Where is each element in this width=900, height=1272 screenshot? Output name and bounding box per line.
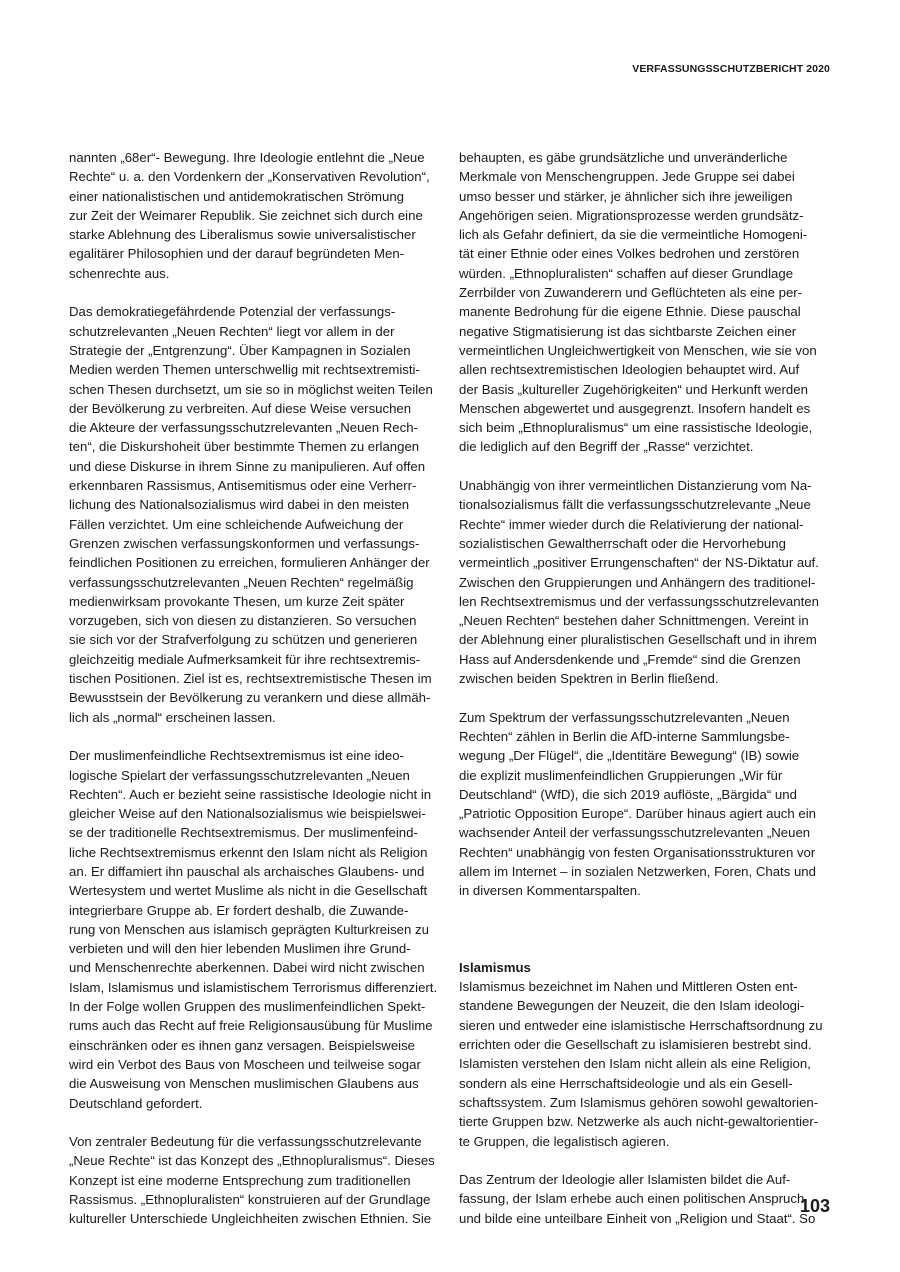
text-line: schenrechte aus. (69, 264, 454, 283)
text-line: Fällen verzichtet. Um eine schleichende … (69, 515, 454, 534)
text-line: allem im Internet – in sozialen Netzwerk… (459, 862, 844, 881)
text-line: Der muslimenfeindliche Rechtsextremismus… (69, 746, 454, 765)
text-line: wegung „Der Flügel“, die „Identitäre Bew… (459, 746, 844, 765)
body-paragraph: Zum Spektrum der verfassungsschutzreleva… (459, 708, 844, 901)
text-line: Wertesystem und wertet Muslime als nicht… (69, 881, 454, 900)
text-line: liche Rechtsextremismus erkennt den Isla… (69, 843, 454, 862)
text-line: egalitärer Philosophien und der darauf b… (69, 244, 454, 263)
text-line: kultureller Unterschiede Ungleichheiten … (69, 1209, 454, 1228)
text-line: Hass auf Andersdenkende und „Fremde“ sin… (459, 650, 844, 669)
text-line: und bilde eine unteilbare Einheit von „R… (459, 1209, 844, 1228)
text-line: tierte Gruppen bzw. Netzwerke als auch n… (459, 1112, 844, 1131)
text-line: die explizit muslimenfeindlichen Gruppie… (459, 766, 844, 785)
text-line: behaupten, es gäbe grundsätzliche und un… (459, 148, 844, 167)
text-line: Merkmale von Menschengruppen. Jede Grupp… (459, 167, 844, 186)
text-line: zwischen beiden Spektren in Berlin fließ… (459, 669, 844, 688)
text-line: sieren und entweder eine islamistische H… (459, 1016, 844, 1035)
text-line: Medien werden Themen unterschwellig mit … (69, 360, 454, 379)
text-line: errichten oder die Gesellschaft zu islam… (459, 1035, 844, 1054)
text-line: sich beim „Ethnopluralismus“ um eine ras… (459, 418, 844, 437)
text-line: die Ausweisung von Menschen muslimischen… (69, 1074, 454, 1093)
text-line: Zerrbilder von Zuwanderern und Geflüchte… (459, 283, 844, 302)
text-line: Strategie der „Entgrenzung“. Über Kampag… (69, 341, 454, 360)
text-line: lich als „normal“ erscheinen lassen. (69, 708, 454, 727)
text-line: schen Thesen durchsetzt, um sie so in mö… (69, 380, 454, 399)
text-line: manente Bedrohung für die eigene Ethnie.… (459, 302, 844, 321)
text-line: rung von Menschen aus islamisch geprägte… (69, 920, 454, 939)
text-line: sozialistischen Gewaltherrschaft oder di… (459, 534, 844, 553)
text-line: sondern als eine Herrschaftsideologie un… (459, 1074, 844, 1093)
text-line: verfassungsschutzrelevanten „Neuen Recht… (69, 573, 454, 592)
text-line: Zum Spektrum der verfassungsschutzreleva… (459, 708, 844, 727)
text-line: sie sich vor der Strafverfolgung zu schü… (69, 630, 454, 649)
section-islamismus: IslamismusIslamismus bezeichnet im Nahen… (459, 958, 844, 1228)
text-line: wird ein Verbot des Baus von Moscheen un… (69, 1055, 454, 1074)
text-line: Rechte“ immer wieder durch die Relativie… (459, 515, 844, 534)
section-heading: Islamismus (459, 958, 844, 977)
text-line: logische Spielart der verfassungsschutzr… (69, 766, 454, 785)
body-paragraph: Islamismus bezeichnet im Nahen und Mittl… (459, 977, 844, 1151)
text-line: rums auch das Recht auf freie Religionsa… (69, 1016, 454, 1035)
text-line: fassung, der Islam erhebe auch einen pol… (459, 1189, 844, 1208)
body-paragraph: Der muslimenfeindliche Rechtsextremismus… (69, 746, 454, 1113)
text-line: len Rechtsextremismus und der verfassung… (459, 592, 844, 611)
text-line: einschränken oder es ihnen ganz versagen… (69, 1036, 454, 1055)
text-line: tionalsozialismus fällt die verfassungss… (459, 495, 844, 514)
text-line: gleicher Weise auf den Nationalsozialism… (69, 804, 454, 823)
body-paragraph: Das demokratiegefährdende Potenzial der … (69, 302, 454, 727)
text-line: „Patriotic Opposition Europe“. Darüber h… (459, 804, 844, 823)
text-line: lich als Gefahr definiert, da sie die ve… (459, 225, 844, 244)
text-line: Menschen abgewertet und ausgegrenzt. Ins… (459, 399, 844, 418)
text-line: verbieten und will den hier lebenden Mus… (69, 939, 454, 958)
running-header: VERFASSUNGSSCHUTZBERICHT 2020 (632, 63, 830, 75)
text-line: feindlichen Positionen zu erreichen, for… (69, 553, 454, 572)
text-line: schutzrelevanten „Neuen Rechten“ liegt v… (69, 322, 454, 341)
text-line: Angehörigen seien. Migrationsprozesse we… (459, 206, 844, 225)
text-line: Deutschland“ (WfD), die sich 2019 auflös… (459, 785, 844, 804)
text-line: der Ablehnung einer pluralistischen Gese… (459, 630, 844, 649)
text-line: tät einer Ethnie oder eines Volkes bedro… (459, 244, 844, 263)
text-line: Unabhängig von ihrer vermeintlichen Dist… (459, 476, 844, 495)
text-line: Zwischen den Gruppierungen und Anhängern… (459, 573, 844, 592)
text-line: Islamisten verstehen den Islam nicht all… (459, 1054, 844, 1073)
text-line: und diese Diskurse in ihrem Sinne zu man… (69, 457, 454, 476)
text-line: die lediglich auf den Begriff der „Rasse… (459, 437, 844, 456)
text-line: Das Zentrum der Ideologie aller Islamist… (459, 1170, 844, 1189)
text-line: Deutschland gefordert. (69, 1094, 454, 1113)
text-line: einer nationalistischen und antidemokrat… (69, 187, 454, 206)
body-paragraph: nannten „68er“- Bewegung. Ihre Ideologie… (69, 148, 454, 283)
text-line: Rechten“. Auch er bezieht seine rassisti… (69, 785, 454, 804)
body-paragraph: Unabhängig von ihrer vermeintlichen Dist… (459, 476, 844, 688)
text-line: an. Er diffamiert ihn pauschal als archa… (69, 862, 454, 881)
text-line: der Basis „kultureller Zugehörigkeiten“ … (459, 380, 844, 399)
left-column: nannten „68er“- Bewegung. Ihre Ideologie… (69, 148, 454, 1248)
text-line: medienwirksam provokante Thesen, um kurz… (69, 592, 454, 611)
body-paragraph: Von zentraler Bedeutung für die verfassu… (69, 1132, 454, 1228)
text-line: wachsender Anteil der verfassungsschutzr… (459, 823, 844, 842)
text-line: erkennbaren Rassismus, Antisemitismus od… (69, 476, 454, 495)
text-line: und Menschenrechte aberkennen. Dabei wir… (69, 958, 454, 977)
text-line: tischen Positionen. Ziel ist es, rechtse… (69, 669, 454, 688)
body-paragraph: Das Zentrum der Ideologie aller Islamist… (459, 1170, 844, 1228)
text-line: die Akteure der verfassungsschutzrelevan… (69, 418, 454, 437)
text-line: Rechten“ zählen in Berlin die AfD-intern… (459, 727, 844, 746)
body-paragraph: behaupten, es gäbe grundsätzliche und un… (459, 148, 844, 457)
text-line: ten“, die Diskurshoheit über bestimmte T… (69, 437, 454, 456)
text-line: vermeintlich „positiver Errungenschaften… (459, 553, 844, 572)
text-line: lichung des Nationalsozialismus wird dab… (69, 495, 454, 514)
text-line: Das demokratiegefährdende Potenzial der … (69, 302, 454, 321)
text-line: starke Ablehnung des Liberalismus sowie … (69, 225, 454, 244)
right-column: behaupten, es gäbe grundsätzliche und un… (459, 148, 844, 1247)
text-line: te Gruppen, die legalistisch agieren. (459, 1132, 844, 1151)
text-line: In der Folge wollen Gruppen des muslimen… (69, 997, 454, 1016)
text-line: in diversen Kommentarspalten. (459, 881, 844, 900)
text-line: Konzept ist eine moderne Entsprechung zu… (69, 1171, 454, 1190)
text-line: standene Bewegungen der Neuzeit, die den… (459, 996, 844, 1015)
text-line: Islam, Islamismus und islamistischem Ter… (69, 978, 454, 997)
text-line: Rechte“ u. a. den Vordenkern der „Konser… (69, 167, 454, 186)
text-line: zur Zeit der Weimarer Republik. Sie zeic… (69, 206, 454, 225)
text-line: Grenzen zwischen verfassungskonformen un… (69, 534, 454, 553)
text-line: der Bevölkerung zu verbreiten. Auf diese… (69, 399, 454, 418)
text-line: schaftssystem. Zum Islamismus gehören so… (459, 1093, 844, 1112)
text-line: „Neuen Rechten“ bestehen daher Schnittme… (459, 611, 844, 630)
text-line: „Neue Rechte“ ist das Konzept des „Ethno… (69, 1151, 454, 1170)
text-line: Islamismus bezeichnet im Nahen und Mittl… (459, 977, 844, 996)
text-line: umso besser und stärker, je ähnlicher si… (459, 187, 844, 206)
text-line: würden. „Ethnopluralisten“ schaffen auf … (459, 264, 844, 283)
text-line: Rassismus. „Ethnopluralisten“ konstruier… (69, 1190, 454, 1209)
page-number: 103 (800, 1196, 830, 1217)
text-line: gleichzeitig mediale Aufmerksamkeit für … (69, 650, 454, 669)
text-line: nannten „68er“- Bewegung. Ihre Ideologie… (69, 148, 454, 167)
text-line: se der traditionelle Rechtsextremismus. … (69, 823, 454, 842)
text-line: vorzugeben, sich von diesen zu distanzie… (69, 611, 454, 630)
text-line: allen rechtsextremistischen Ideologien b… (459, 360, 844, 379)
text-line: Bewusstsein der Bevölkerung zu verankern… (69, 688, 454, 707)
text-line: integrierbare Gruppe ab. Er fordert desh… (69, 901, 454, 920)
text-line: Von zentraler Bedeutung für die verfassu… (69, 1132, 454, 1151)
section-spacer (459, 920, 844, 958)
text-line: Rechten“ unabhängig von festen Organisat… (459, 843, 844, 862)
text-line: vermeintlichen Ungleichwertigkeit von Me… (459, 341, 844, 360)
text-line: negative Stigmatisierung ist das sichtba… (459, 322, 844, 341)
